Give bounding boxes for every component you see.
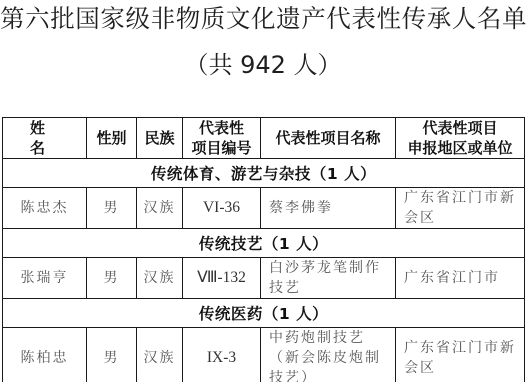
header-project-name: 代表性项目名称 (261, 118, 396, 159)
cell-ethnicity: 汉族 (137, 258, 183, 299)
table-row: 陈忠杰 男 汉族 VI-36 蔡李佛拳 广东省江门市新会区 (3, 188, 525, 229)
cell-project-name: 白沙茅龙笔制作技艺 (261, 258, 396, 299)
table-row: 陈柏忠 男 汉族 IX-3 中药炮制技艺（新会陈皮炮制技艺） 广东省江门市新会区 (3, 328, 525, 382)
cell-gender: 男 (87, 188, 137, 229)
cell-gender: 男 (87, 328, 137, 382)
cell-region: 广东省江门市 (396, 258, 525, 299)
cell-region: 广东省江门市新会区 (396, 188, 525, 229)
section-title: 传统体育、游艺与杂技（1 人） (3, 159, 525, 188)
cell-ethnicity: 汉族 (137, 188, 183, 229)
section-row-traditional-sports: 传统体育、游艺与杂技（1 人） (3, 159, 525, 188)
table-row: 张瑞亨 男 汉族 Ⅷ-132 白沙茅龙笔制作技艺 广东省江门市 (3, 258, 525, 299)
cell-ethnicity: 汉族 (137, 328, 183, 382)
header-region: 代表性项目申报地区或单位 (396, 118, 525, 159)
cell-name: 张瑞亨 (3, 258, 87, 299)
cell-project-code: IX-3 (183, 328, 261, 382)
header-name: 姓 名 (3, 118, 87, 159)
table-header-row: 姓 名 性别 民族 代表性项目编号 代表性项目名称 代表性项目申报地区或单位 (3, 118, 525, 159)
cell-name: 陈忠杰 (3, 188, 87, 229)
inheritors-table: 姓 名 性别 民族 代表性项目编号 代表性项目名称 代表性项目申报地区或单位 传… (2, 117, 525, 382)
cell-project-code: VI-36 (183, 188, 261, 229)
document-subtitle-total-count: （共 942 人） (0, 50, 526, 80)
cell-name: 陈柏忠 (3, 328, 87, 382)
section-title: 传统医药（1 人） (3, 299, 525, 328)
section-row-traditional-medicine: 传统医药（1 人） (3, 299, 525, 328)
header-project-code: 代表性项目编号 (183, 118, 261, 159)
cell-region: 广东省江门市新会区 (396, 328, 525, 382)
cell-project-code: Ⅷ-132 (183, 258, 261, 299)
document-title: 第六批国家级非物质文化遗产代表性传承人名单 (0, 4, 526, 34)
cell-gender: 男 (87, 258, 137, 299)
header-gender: 性别 (87, 118, 137, 159)
section-title: 传统技艺（1 人） (3, 229, 525, 258)
cell-project-name: 蔡李佛拳 (261, 188, 396, 229)
header-ethnicity: 民族 (137, 118, 183, 159)
section-row-traditional-craftsmanship: 传统技艺（1 人） (3, 229, 525, 258)
cell-project-name: 中药炮制技艺（新会陈皮炮制技艺） (261, 328, 396, 382)
